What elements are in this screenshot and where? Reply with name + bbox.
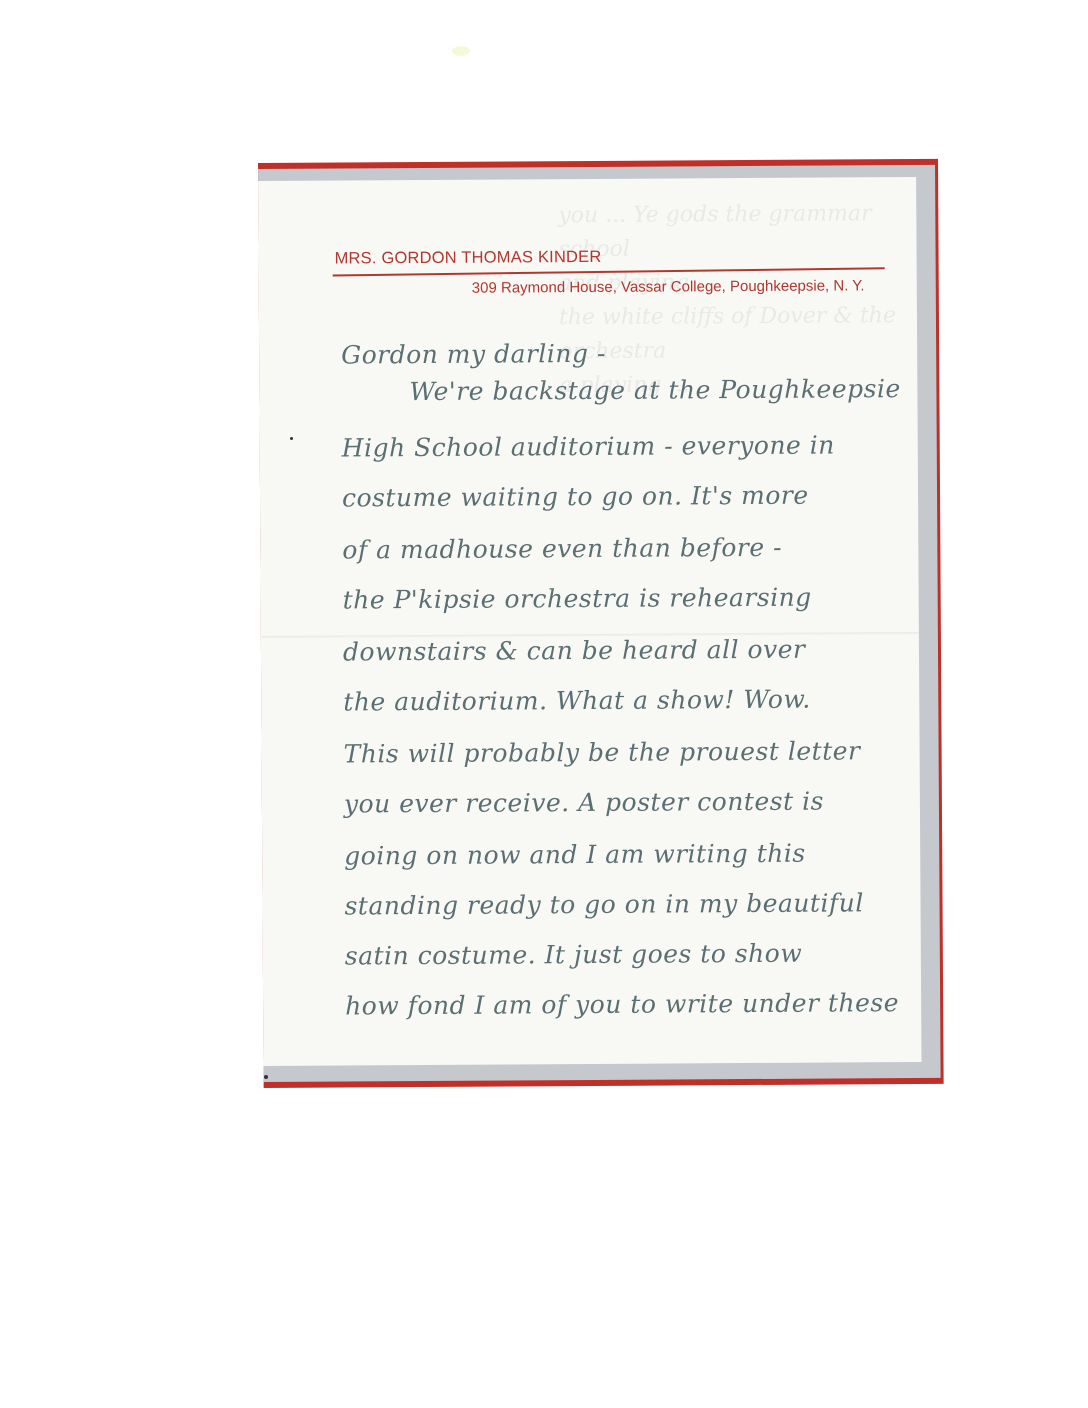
letter-line: This will probably be the prouest letter <box>344 736 861 768</box>
letter-line: satin costume. It just goes to show <box>345 939 803 971</box>
letter-line: of a madhouse even than before - <box>342 533 782 565</box>
letterhead-address: 309 Raymond House, Vassar College, Pough… <box>472 277 865 296</box>
bleed-through-text: you ... Ye gods the grammar school and p… <box>558 197 919 403</box>
letter-line: We're backstage at the Poughkeepsie <box>409 374 900 406</box>
letter-line: how fond I am of you to write under thes… <box>345 988 899 1020</box>
letter-line: High School auditorium - everyone in <box>342 430 835 462</box>
scan-speck <box>264 1075 268 1079</box>
salutation: Gordon my darling - <box>341 339 606 370</box>
letter-line: going on now and I am writing this <box>344 839 806 871</box>
scan-speck <box>290 437 293 440</box>
letter-line: downstairs & can be heard all over <box>343 635 806 667</box>
letter-line: you ever receive. A poster contest is <box>344 787 824 819</box>
letter-line: costume waiting to go on. It's more <box>342 481 809 513</box>
letter-sheet: you ... Ye gods the grammar school and p… <box>258 159 944 1088</box>
letter-paper: you ... Ye gods the grammar school and p… <box>258 177 921 1066</box>
letter-line: the P'kipsie orchestra is rehearsing <box>343 583 812 615</box>
letterhead-name: MRS. GORDON THOMAS KINDER <box>335 248 602 269</box>
letter-line: the auditorium. What a show! Wow. <box>343 685 811 717</box>
scan-artifact <box>452 46 470 56</box>
letter-line: standing ready to go on in my beautiful <box>344 888 863 920</box>
